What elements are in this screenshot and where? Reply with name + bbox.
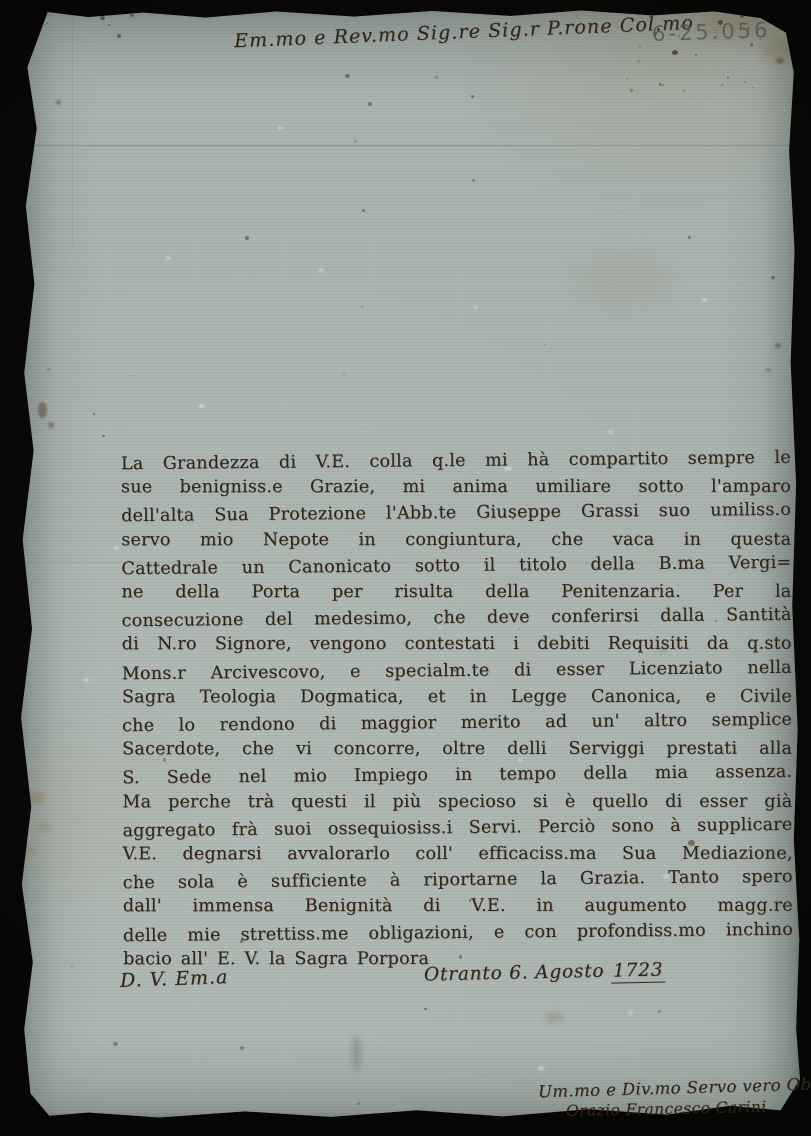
paper-fleck bbox=[318, 268, 324, 272]
foxing-stain bbox=[240, 1046, 244, 1050]
foxing-stain bbox=[682, 90, 684, 92]
foxing-stain bbox=[93, 413, 95, 415]
foxing-stain bbox=[658, 1010, 661, 1013]
foxing-stain bbox=[661, 84, 664, 87]
letter-body: La Grandezza di V.E. colla q.le mi hà co… bbox=[121, 447, 793, 974]
foxing-stain bbox=[630, 89, 634, 93]
manuscript-line: V.E. degnarsi avvalorarlo coll' efficaci… bbox=[123, 841, 793, 868]
foxing-stain bbox=[672, 50, 678, 55]
foxing-stain bbox=[471, 95, 474, 98]
foxing-stain bbox=[38, 402, 47, 418]
manuscript-line: dall' immensa Benignità di V.E. in augum… bbox=[123, 893, 793, 920]
paper-fleck bbox=[608, 430, 613, 434]
foxing-stain bbox=[108, 24, 110, 26]
signature-line-2: Orazio Francesco Carini bbox=[566, 1098, 767, 1120]
foxing-stain bbox=[46, 23, 47, 24]
scanned-letter-page: Em.mo e Rev.mo Sig.re Sig.r P.rone Col.m… bbox=[0, 0, 811, 1136]
paper-fleck bbox=[278, 126, 283, 130]
foxing-stain bbox=[578, 256, 668, 306]
fold-crease-top bbox=[18, 145, 800, 148]
manuscript-line: aggregato frà suoi ossequiosiss.i Servi.… bbox=[122, 812, 792, 845]
foxing-stain bbox=[130, 14, 134, 17]
foxing-stain bbox=[56, 100, 61, 105]
manuscript-line: La Grandezza di V.E. colla q.le mi hà co… bbox=[121, 445, 791, 478]
foxing-stain bbox=[100, 16, 105, 20]
manuscript-line: ne della Porta per risulta della Peniten… bbox=[121, 579, 791, 606]
archival-number: 6-25.056 bbox=[652, 18, 771, 46]
manuscript-line: che sola è sufficiente à riportarne la G… bbox=[123, 864, 793, 897]
foxing-stain bbox=[775, 343, 781, 348]
manuscript-line: Cattedrale un Canonicato sotto il titolo… bbox=[121, 550, 791, 583]
paper-fleck bbox=[628, 1011, 633, 1015]
foxing-stain bbox=[688, 236, 691, 239]
foxing-stain bbox=[766, 368, 771, 372]
paper-fleck bbox=[166, 256, 171, 260]
foxing-stain bbox=[637, 60, 640, 63]
place-and-date-line: Otranto 6. Agosto 1723 bbox=[424, 959, 666, 985]
manuscript-line: che lo rendono di maggior merito ad un' … bbox=[122, 707, 792, 740]
foxing-stain bbox=[357, 1102, 360, 1105]
foxing-stain bbox=[424, 1008, 426, 1010]
foxing-stain bbox=[130, 375, 131, 376]
manuscript-line: S. Sede nel mio Impiego in tempo della m… bbox=[122, 759, 792, 792]
foxing-stain bbox=[28, 792, 44, 804]
foxing-stain bbox=[361, 306, 363, 308]
date-year-underlined: 1723 bbox=[611, 959, 666, 983]
foxing-stain bbox=[648, 45, 649, 46]
paper-fleck bbox=[538, 1066, 544, 1071]
foxing-stain bbox=[776, 58, 784, 64]
foxing-stain bbox=[71, 966, 73, 968]
foxing-stain bbox=[695, 54, 698, 57]
foxing-stain bbox=[352, 1036, 361, 1072]
foxing-stain bbox=[784, 20, 790, 25]
foxing-stain bbox=[626, 78, 628, 80]
foxing-stain bbox=[744, 81, 746, 83]
foxing-stain bbox=[659, 83, 662, 86]
foxing-stain bbox=[740, 14, 744, 18]
foxing-stain bbox=[362, 209, 365, 212]
foxing-stain bbox=[736, 71, 737, 72]
closing-abbreviation: D. V. Em.a bbox=[120, 966, 229, 992]
foxing-stain bbox=[680, 49, 681, 50]
foxing-stain bbox=[47, 368, 49, 370]
place-date-text: Otranto 6. Agosto bbox=[424, 961, 611, 986]
manuscript-line: Mons.r Arcivescovo, e specialm.te di ess… bbox=[122, 654, 792, 687]
paper-fleck bbox=[84, 678, 89, 682]
foxing-stain bbox=[32, 1095, 34, 1097]
foxing-stain bbox=[472, 179, 475, 182]
foxing-stain bbox=[117, 34, 121, 38]
manuscript-line: Sagra Teologia Dogmatica, et in Legge Ca… bbox=[122, 684, 792, 711]
paper-fleck bbox=[473, 306, 478, 309]
foxing-stain bbox=[727, 76, 729, 78]
foxing-stain bbox=[343, 373, 345, 375]
foxing-stain bbox=[48, 422, 54, 428]
manuscript-line: delle mie strettiss.me obligazioni, e co… bbox=[123, 916, 793, 949]
foxing-stain bbox=[750, 44, 753, 47]
manuscript-line: di N.ro Signore, vengono contestati i de… bbox=[122, 631, 792, 658]
manuscript-line: consecuzione del medesimo, che deve conf… bbox=[121, 602, 791, 635]
foxing-stain bbox=[721, 84, 723, 86]
foxing-stain bbox=[368, 102, 372, 106]
fold-crease-vertical bbox=[72, 6, 74, 246]
paper-fleck bbox=[198, 404, 205, 408]
foxing-stain bbox=[738, 282, 739, 283]
foxing-stain bbox=[771, 276, 774, 279]
manuscript-line: Ma perche trà questi il più specioso si … bbox=[122, 788, 792, 815]
foxing-stain bbox=[354, 140, 357, 143]
foxing-stain bbox=[752, 87, 754, 89]
paper-fleck bbox=[702, 298, 707, 302]
foxing-stain bbox=[24, 846, 34, 854]
foxing-stain bbox=[639, 46, 641, 48]
foxing-stain bbox=[102, 435, 104, 437]
manuscript-line: sue benigniss.e Grazie, mi anima umiliar… bbox=[121, 474, 791, 501]
foxing-stain bbox=[113, 1042, 118, 1046]
paper-fleck bbox=[114, 546, 119, 550]
manuscript-line: servo mio Nepote in congiuntura, che vac… bbox=[121, 526, 791, 553]
foxing-stain bbox=[245, 236, 248, 239]
foxing-stain bbox=[751, 43, 753, 45]
foxing-stain bbox=[345, 74, 350, 78]
foxing-stain bbox=[544, 344, 545, 345]
foxing-stain bbox=[435, 76, 438, 79]
foxing-stain bbox=[545, 1012, 563, 1023]
manuscript-line: Sacerdote, che vi concorre, oltre delli … bbox=[122, 736, 792, 763]
manuscript-line: dell'alta Sua Protezione l'Abb.te Giusep… bbox=[121, 497, 791, 530]
foxing-stain bbox=[38, 822, 50, 831]
